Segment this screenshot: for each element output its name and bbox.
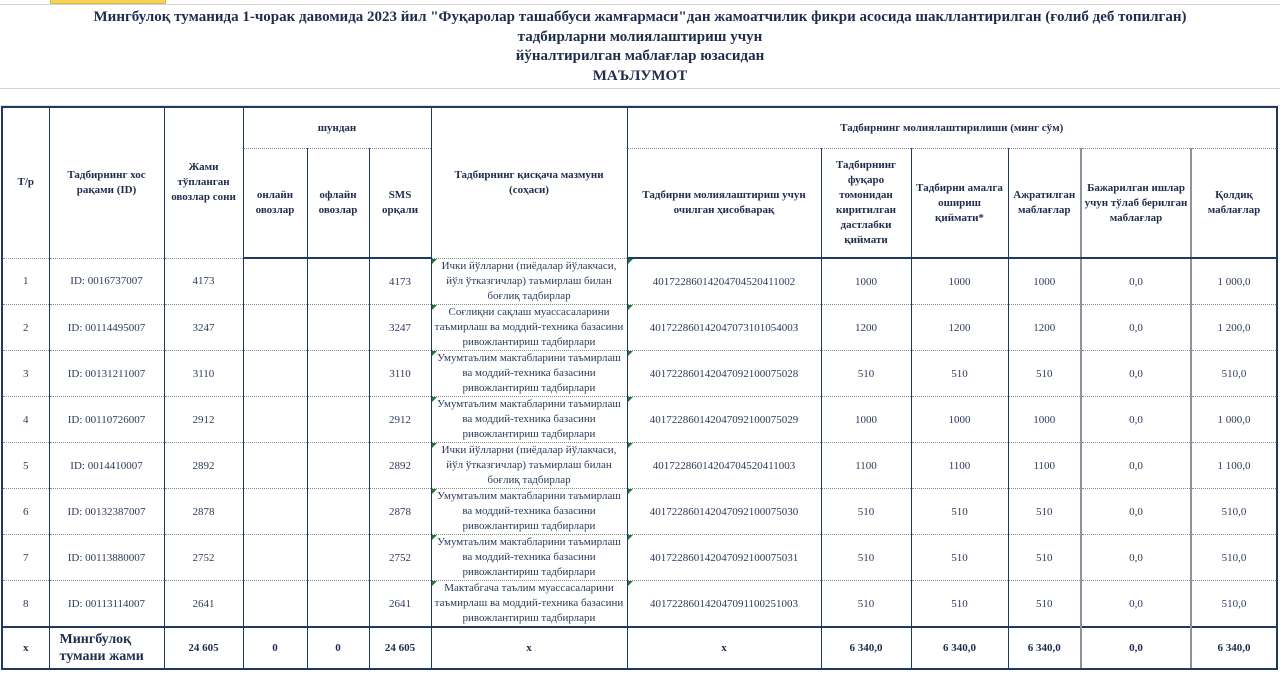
cell-impl-cost[interactable]: 510 bbox=[911, 489, 1008, 535]
cell-comment-marker-icon bbox=[432, 489, 437, 494]
header-num: Т/р bbox=[2, 107, 49, 258]
cell-impl-cost[interactable]: 1100 bbox=[911, 443, 1008, 489]
cell-summary-text: Умумтаълим мактабларини таъмирлаш ва мод… bbox=[437, 536, 621, 578]
cell-offline[interactable] bbox=[307, 535, 369, 581]
header-initial-cost: Тадбирнинг фуқаро томонидан киритилган д… bbox=[821, 149, 911, 259]
cell-offline[interactable] bbox=[307, 397, 369, 443]
cell-allocated-text: 1100 bbox=[1033, 460, 1055, 472]
cell-id[interactable]: ID: 00114495007 bbox=[49, 305, 164, 351]
cell-remaining[interactable]: 510,0 bbox=[1191, 581, 1277, 628]
cell-impl-cost-text: 1100 bbox=[949, 460, 971, 472]
cell-impl-cost-text: 1200 bbox=[949, 322, 971, 334]
cell-online[interactable] bbox=[243, 581, 307, 628]
cell-account-text: 40172286014204707310105400З bbox=[650, 322, 799, 334]
cell-paid[interactable]: 0,0 bbox=[1081, 305, 1191, 351]
cell-online[interactable] bbox=[243, 351, 307, 397]
cell-num[interactable]: 3 bbox=[2, 351, 49, 397]
cell-num[interactable]: 7 bbox=[2, 535, 49, 581]
cell-comment-marker-icon bbox=[628, 535, 633, 540]
cell-allocated-text: 1000 bbox=[1033, 414, 1055, 426]
cell-sms-text: 3247 bbox=[389, 322, 411, 334]
cell-initial-cost-text: 510 bbox=[858, 552, 875, 564]
sheet-below bbox=[0, 670, 1280, 674]
cell-comment-marker-icon bbox=[628, 259, 633, 264]
cell-remaining[interactable]: 510,0 bbox=[1191, 489, 1277, 535]
cell-id[interactable]: ID: 00110726007 bbox=[49, 397, 164, 443]
cell-summary[interactable]: Мактабгача таълим муассасаларини таъмирл… bbox=[431, 581, 627, 628]
cell-remaining-text: 1 000,0 bbox=[1218, 414, 1251, 426]
cell-num-text: 4 bbox=[23, 414, 29, 426]
cell-total-votes-text: 2752 bbox=[193, 552, 215, 564]
cell-initial-cost-text: 510 bbox=[858, 368, 875, 380]
header-online: онлайн овозлар bbox=[243, 149, 307, 259]
cell-account[interactable]: 40172286014204704520411002 bbox=[627, 258, 821, 305]
cell-offline[interactable] bbox=[307, 489, 369, 535]
cell-account[interactable]: 401722860142047092100075030 bbox=[627, 489, 821, 535]
title-line-1: Мингбулоқ туманида 1-чорак давомида 2023… bbox=[0, 4, 1280, 28]
cell-id-text: ID: 0014410007 bbox=[70, 460, 142, 472]
cell-account-text: 401722860142047092100075028 bbox=[650, 368, 799, 380]
cell-account-text: 40172286014204704520411002 bbox=[653, 276, 796, 288]
cell-summary-text: Мактабгача таълим муассасаларини таъмирл… bbox=[435, 582, 624, 624]
cell-initial-cost-text: 1000 bbox=[855, 414, 877, 426]
table-row: 7ID: 0011388000727522752Умумтаълим макта… bbox=[2, 535, 1277, 581]
cell-account-text: 401722860142047092100075031 bbox=[650, 552, 799, 564]
cell-total-votes[interactable]: 2912 bbox=[164, 397, 243, 443]
title-line-2: тадбирларни молиялаштириш учун bbox=[0, 28, 1280, 48]
cell-summary[interactable]: Ички йўлларни (пиёдалар йўлакчаси, йўл ў… bbox=[431, 258, 627, 305]
cell-paid[interactable]: 0,0 bbox=[1081, 581, 1191, 628]
cell-paid[interactable]: 0,0 bbox=[1081, 397, 1191, 443]
cell-num-text: 3 bbox=[23, 368, 29, 380]
header-of-which: шундан bbox=[243, 107, 431, 149]
cell-summary[interactable]: Соғлиқни сақлаш муассасаларини таъмирлаш… bbox=[431, 305, 627, 351]
cell-initial-cost[interactable]: 510 bbox=[821, 535, 911, 581]
cell-sms-text: 3110 bbox=[389, 368, 411, 380]
cell-summary[interactable]: Умумтаълим мактабларини таъмирлаш ва мод… bbox=[431, 351, 627, 397]
total-impl-cost[interactable]: 6 340,0 bbox=[911, 627, 1008, 669]
total-label[interactable]: Мингбулоқ тумани жами bbox=[49, 627, 164, 669]
cell-comment-marker-icon bbox=[628, 443, 633, 448]
cell-summary-text: Умумтаълим мактабларини таъмирлаш ва мод… bbox=[437, 490, 621, 532]
cell-account[interactable]: 401722860142047092100075031 bbox=[627, 535, 821, 581]
cell-id[interactable]: ID: 00132387007 bbox=[49, 489, 164, 535]
cell-num[interactable]: 1 bbox=[2, 258, 49, 305]
cell-account[interactable]: 401722860142047092100075028 bbox=[627, 351, 821, 397]
cell-initial-cost[interactable]: 1200 bbox=[821, 305, 911, 351]
cell-online[interactable] bbox=[243, 305, 307, 351]
cell-impl-cost-text: 510 bbox=[951, 368, 968, 380]
header-sms: SMS орқали bbox=[369, 149, 431, 259]
cell-total-votes[interactable]: 2752 bbox=[164, 535, 243, 581]
cell-impl-cost-text: 510 bbox=[951, 598, 968, 610]
cell-num-text: 6 bbox=[23, 506, 29, 518]
total-sms[interactable]: 24 605 bbox=[369, 627, 431, 669]
cell-online[interactable] bbox=[243, 443, 307, 489]
cell-sms-text: 2892 bbox=[389, 460, 411, 472]
cell-sms[interactable]: 3110 bbox=[369, 351, 431, 397]
cell-num-text: 5 bbox=[23, 460, 29, 472]
cell-comment-marker-icon bbox=[628, 305, 633, 310]
cell-sms[interactable]: 3247 bbox=[369, 305, 431, 351]
document-title: Мингбулоқ туманида 1-чорак давомида 2023… bbox=[0, 4, 1280, 89]
cell-initial-cost[interactable]: 510 bbox=[821, 581, 911, 628]
cell-paid[interactable]: 0,0 bbox=[1081, 535, 1191, 581]
cell-summary-text: Умумтаълим мактабларини таъмирлаш ва мод… bbox=[437, 352, 621, 394]
cell-id[interactable]: ID: 00131211007 bbox=[49, 351, 164, 397]
header-total-votes: Жами тўпланган овозлар сони bbox=[164, 107, 243, 258]
cell-initial-cost-text: 1100 bbox=[855, 460, 877, 472]
cell-comment-marker-icon bbox=[432, 581, 437, 586]
table-row: 2ID: 0011449500732473247Соғлиқни сақлаш … bbox=[2, 305, 1277, 351]
cell-sms[interactable]: 2752 bbox=[369, 535, 431, 581]
cell-total-votes[interactable]: 3247 bbox=[164, 305, 243, 351]
cell-sms-text: 4173 bbox=[389, 276, 411, 288]
cell-num[interactable]: 2 bbox=[2, 305, 49, 351]
cell-num-text: 1 bbox=[23, 275, 29, 287]
cell-paid-text: 0,0 bbox=[1129, 276, 1143, 288]
table-row: 6ID: 0013238700728782878Умумтаълим макта… bbox=[2, 489, 1277, 535]
cell-total-votes[interactable]: 4173 bbox=[164, 258, 243, 305]
title-line-4: МАЪЛУМОТ bbox=[0, 67, 1280, 87]
cell-offline[interactable] bbox=[307, 443, 369, 489]
cell-initial-cost-text: 510 bbox=[858, 506, 875, 518]
cell-comment-marker-icon bbox=[432, 259, 437, 264]
header-offline: офлайн овозлар bbox=[307, 149, 369, 259]
cell-allocated[interactable]: 1000 bbox=[1008, 258, 1081, 305]
cell-paid-text: 0,0 bbox=[1129, 368, 1143, 380]
cell-comment-marker-icon bbox=[432, 305, 437, 310]
header-id: Тадбирнинг хос рақами (ID) bbox=[49, 107, 164, 258]
cell-impl-cost-text: 510 bbox=[951, 552, 968, 564]
cell-id-text: ID: 00110726007 bbox=[68, 414, 146, 426]
cell-impl-cost-text: 510 bbox=[951, 506, 968, 518]
cell-offline[interactable] bbox=[307, 305, 369, 351]
cell-total-votes[interactable]: 3110 bbox=[164, 351, 243, 397]
cell-impl-cost[interactable]: 1000 bbox=[911, 397, 1008, 443]
cell-paid[interactable]: 0,0 bbox=[1081, 258, 1191, 305]
total-summary[interactable]: x bbox=[431, 627, 627, 669]
cell-sms[interactable]: 2892 bbox=[369, 443, 431, 489]
cell-impl-cost[interactable]: 510 bbox=[911, 351, 1008, 397]
cell-comment-marker-icon bbox=[432, 397, 437, 402]
cell-impl-cost[interactable]: 1200 bbox=[911, 305, 1008, 351]
cell-allocated[interactable]: 510 bbox=[1008, 489, 1081, 535]
cell-id[interactable]: ID: 0016737007 bbox=[49, 258, 164, 305]
cell-account-text: 401722860142047091100251003 bbox=[650, 598, 798, 610]
cell-paid[interactable]: 0,0 bbox=[1081, 443, 1191, 489]
cell-total-votes-text: 2912 bbox=[193, 414, 215, 426]
cell-id[interactable]: ID: 00113114007 bbox=[49, 581, 164, 628]
cell-comment-marker-icon bbox=[628, 489, 633, 494]
cell-paid-text: 0,0 bbox=[1129, 506, 1143, 518]
header-allocated: Ажратилган маблағлар bbox=[1008, 149, 1081, 259]
cell-paid-text: 0,0 bbox=[1129, 460, 1143, 472]
cell-num-text: 7 bbox=[23, 552, 29, 564]
financing-table: Т/р Тадбирнинг хос рақами (ID) Жами тўпл… bbox=[1, 106, 1278, 670]
cell-impl-cost-text: 1000 bbox=[949, 276, 971, 288]
cell-num-text: 8 bbox=[23, 598, 29, 610]
cell-initial-cost[interactable]: 1100 bbox=[821, 443, 911, 489]
cell-num[interactable]: 5 bbox=[2, 443, 49, 489]
header-summary: Тадбирнинг қисқача мазмуни (соҳаси) bbox=[431, 107, 627, 258]
cell-paid[interactable]: 0,0 bbox=[1081, 489, 1191, 535]
cell-remaining-text: 510,0 bbox=[1222, 598, 1247, 610]
cell-allocated[interactable]: 510 bbox=[1008, 535, 1081, 581]
cell-remaining[interactable]: 1 100,0 bbox=[1191, 443, 1277, 489]
total-allocated[interactable]: 6 340,0 bbox=[1008, 627, 1081, 669]
cell-id[interactable]: ID: 00113880007 bbox=[49, 535, 164, 581]
cell-online[interactable] bbox=[243, 258, 307, 305]
cell-allocated[interactable]: 510 bbox=[1008, 581, 1081, 628]
cell-id-text: ID: 00131211007 bbox=[68, 368, 146, 380]
cell-num[interactable]: 8 bbox=[2, 581, 49, 628]
cell-remaining-text: 510,0 bbox=[1222, 368, 1247, 380]
cell-initial-cost-text: 510 bbox=[858, 598, 875, 610]
cell-total-votes[interactable]: 2892 bbox=[164, 443, 243, 489]
cell-total-votes-text: 2878 bbox=[193, 506, 215, 518]
cell-remaining[interactable]: 1 000,0 bbox=[1191, 258, 1277, 305]
table-row: 1ID: 001673700741734173Ички йўлларни (пи… bbox=[2, 258, 1277, 305]
cell-initial-cost-text: 1200 bbox=[855, 322, 877, 334]
cell-summary-text: Умумтаълим мактабларини таъмирлаш ва мод… bbox=[437, 398, 621, 440]
cell-initial-cost-text: 1000 bbox=[855, 276, 877, 288]
cell-id-text: ID: 00132387007 bbox=[68, 506, 146, 518]
cell-account[interactable]: 40172286014204704520411003 bbox=[627, 443, 821, 489]
cell-comment-marker-icon bbox=[432, 535, 437, 540]
cell-impl-cost[interactable]: 510 bbox=[911, 535, 1008, 581]
cell-summary[interactable]: Умумтаълим мактабларини таъмирлаш ва мод… bbox=[431, 489, 627, 535]
cell-offline[interactable] bbox=[307, 258, 369, 305]
cell-offline[interactable] bbox=[307, 351, 369, 397]
cell-allocated-text: 1000 bbox=[1033, 276, 1055, 288]
cell-id-text: ID: 00114495007 bbox=[68, 322, 146, 334]
cell-comment-marker-icon bbox=[628, 351, 633, 356]
cell-id-text: ID: 0016737007 bbox=[70, 275, 142, 287]
cell-remaining-text: 1 000,0 bbox=[1218, 276, 1251, 288]
cell-allocated-text: 1200 bbox=[1033, 322, 1055, 334]
cell-remaining[interactable]: 510,0 bbox=[1191, 351, 1277, 397]
cell-account[interactable]: 40172286014204707310105400З bbox=[627, 305, 821, 351]
cell-online[interactable] bbox=[243, 397, 307, 443]
cell-total-votes[interactable]: 2641 bbox=[164, 581, 243, 628]
cell-allocated[interactable]: 1200 bbox=[1008, 305, 1081, 351]
table-row: 4ID: 0011072600729122912Умумтаълим макта… bbox=[2, 397, 1277, 443]
cell-id[interactable]: ID: 0014410007 bbox=[49, 443, 164, 489]
cell-total-votes-text: 3110 bbox=[193, 368, 215, 380]
cell-allocated[interactable]: 1000 bbox=[1008, 397, 1081, 443]
cell-comment-marker-icon bbox=[432, 351, 437, 356]
cell-total-votes[interactable]: 2878 bbox=[164, 489, 243, 535]
cell-comment-marker-icon bbox=[432, 443, 437, 448]
total-row: xМингбулоқ тумани жами24 6050024 605xx6 … bbox=[2, 627, 1277, 669]
cell-paid-text: 0,0 bbox=[1129, 322, 1143, 334]
cell-account-text: 401722860142047092100075030 bbox=[650, 506, 799, 518]
table-row: 3ID: 0013121100731103110Умумтаълим макта… bbox=[2, 351, 1277, 397]
title-line-3: йўналтирилган маблағлар юзасидан bbox=[0, 47, 1280, 67]
cell-remaining-text: 510,0 bbox=[1222, 552, 1247, 564]
cell-remaining-text: 1 200,0 bbox=[1218, 322, 1251, 334]
cell-num[interactable]: 4 bbox=[2, 397, 49, 443]
cell-allocated[interactable]: 510 bbox=[1008, 351, 1081, 397]
total-online[interactable]: 0 bbox=[243, 627, 307, 669]
cell-paid-text: 0,0 bbox=[1129, 552, 1143, 564]
cell-account-text: 40172286014204704520411003 bbox=[653, 460, 796, 472]
cell-remaining[interactable]: 1 200,0 bbox=[1191, 305, 1277, 351]
cell-online[interactable] bbox=[243, 489, 307, 535]
cell-sms[interactable]: 2641 bbox=[369, 581, 431, 628]
cell-total-votes-text: 2641 bbox=[193, 598, 215, 610]
header-remaining: Қолдиқ маблағлар bbox=[1191, 149, 1277, 259]
cell-account-text: 401722860142047092100075029 bbox=[650, 414, 799, 426]
header-financing-group: Тадбирнинг молиялаштирилиши (минг сўм) bbox=[627, 107, 1277, 149]
total-paid[interactable]: 0,0 bbox=[1081, 627, 1191, 669]
cell-summary[interactable]: Ички йўлларни (пиёдалар йўлакчаси, йўл ў… bbox=[431, 443, 627, 489]
cell-paid-text: 0,0 bbox=[1129, 598, 1143, 610]
cell-offline[interactable] bbox=[307, 581, 369, 628]
cell-sms-text: 2912 bbox=[389, 414, 411, 426]
header-account: Тадбирни молиялаштириш учун очилган ҳисо… bbox=[627, 149, 821, 259]
cell-initial-cost[interactable]: 510 bbox=[821, 489, 911, 535]
cell-comment-marker-icon bbox=[628, 581, 633, 586]
cell-remaining-text: 510,0 bbox=[1222, 506, 1247, 518]
cell-account[interactable]: 401722860142047092100075029 bbox=[627, 397, 821, 443]
cell-id-text: ID: 00113114007 bbox=[68, 598, 145, 610]
cell-summary[interactable]: Умумтаълим мактабларини таъмирлаш ва мод… bbox=[431, 397, 627, 443]
cell-initial-cost[interactable]: 510 bbox=[821, 351, 911, 397]
cell-summary-text: Ички йўлларни (пиёдалар йўлакчаси, йўл ў… bbox=[442, 444, 617, 486]
cell-allocated-text: 510 bbox=[1036, 552, 1053, 564]
cell-total-votes-text: 2892 bbox=[193, 460, 215, 472]
cell-online[interactable] bbox=[243, 535, 307, 581]
cell-impl-cost[interactable]: 510 bbox=[911, 581, 1008, 628]
cell-account[interactable]: 401722860142047091100251003 bbox=[627, 581, 821, 628]
cell-total-votes-text: 4173 bbox=[193, 275, 215, 287]
cell-paid[interactable]: 0,0 bbox=[1081, 351, 1191, 397]
cell-total-votes-text: 3247 bbox=[193, 322, 215, 334]
table-row: 8ID: 0011311400726412641Мактабгача таъли… bbox=[2, 581, 1277, 628]
total-offline[interactable]: 0 bbox=[307, 627, 369, 669]
cell-allocated-text: 510 bbox=[1036, 598, 1053, 610]
cell-initial-cost[interactable]: 1000 bbox=[821, 397, 911, 443]
cell-remaining-text: 1 100,0 bbox=[1218, 460, 1251, 472]
cell-initial-cost[interactable]: 1000 bbox=[821, 258, 911, 305]
cell-id-text: ID: 00113880007 bbox=[68, 552, 146, 564]
cell-impl-cost-text: 1000 bbox=[949, 414, 971, 426]
cell-summary-text: Соғлиқни сақлаш муассасаларини таъмирлаш… bbox=[435, 306, 624, 348]
cell-sms[interactable]: 2912 bbox=[369, 397, 431, 443]
cell-paid-text: 0,0 bbox=[1129, 414, 1143, 426]
cell-sms[interactable]: 4173 bbox=[369, 258, 431, 305]
cell-num[interactable]: 6 bbox=[2, 489, 49, 535]
cell-sms[interactable]: 2878 bbox=[369, 489, 431, 535]
cell-summary[interactable]: Умумтаълим мактабларини таъмирлаш ва мод… bbox=[431, 535, 627, 581]
total-initial-cost[interactable]: 6 340,0 bbox=[821, 627, 911, 669]
cell-remaining[interactable]: 1 000,0 bbox=[1191, 397, 1277, 443]
cell-remaining[interactable]: 510,0 bbox=[1191, 535, 1277, 581]
total-num[interactable]: x bbox=[2, 627, 49, 669]
cell-num-text: 2 bbox=[23, 322, 29, 334]
cell-comment-marker-icon bbox=[628, 397, 633, 402]
cell-allocated-text: 510 bbox=[1036, 368, 1053, 380]
header-impl-cost: Тадбирни амалга ошириш қиймати* bbox=[911, 149, 1008, 259]
cell-summary-text: Ички йўлларни (пиёдалар йўлакчаси, йўл ў… bbox=[442, 260, 617, 302]
cell-sms-text: 2878 bbox=[389, 506, 411, 518]
table-row: 5ID: 001441000728922892Ички йўлларни (пи… bbox=[2, 443, 1277, 489]
cell-impl-cost[interactable]: 1000 bbox=[911, 258, 1008, 305]
cell-allocated-text: 510 bbox=[1036, 506, 1053, 518]
total-account[interactable]: x bbox=[627, 627, 821, 669]
header-paid: Бажарилган ишлар учун тўлаб берилган маб… bbox=[1081, 149, 1191, 259]
empty-spreadsheet-row bbox=[0, 88, 1280, 106]
total-remaining[interactable]: 6 340,0 bbox=[1191, 627, 1277, 669]
cell-allocated[interactable]: 1100 bbox=[1008, 443, 1081, 489]
cell-sms-text: 2752 bbox=[389, 552, 411, 564]
total-votes[interactable]: 24 605 bbox=[164, 627, 243, 669]
cell-sms-text: 2641 bbox=[389, 598, 411, 610]
